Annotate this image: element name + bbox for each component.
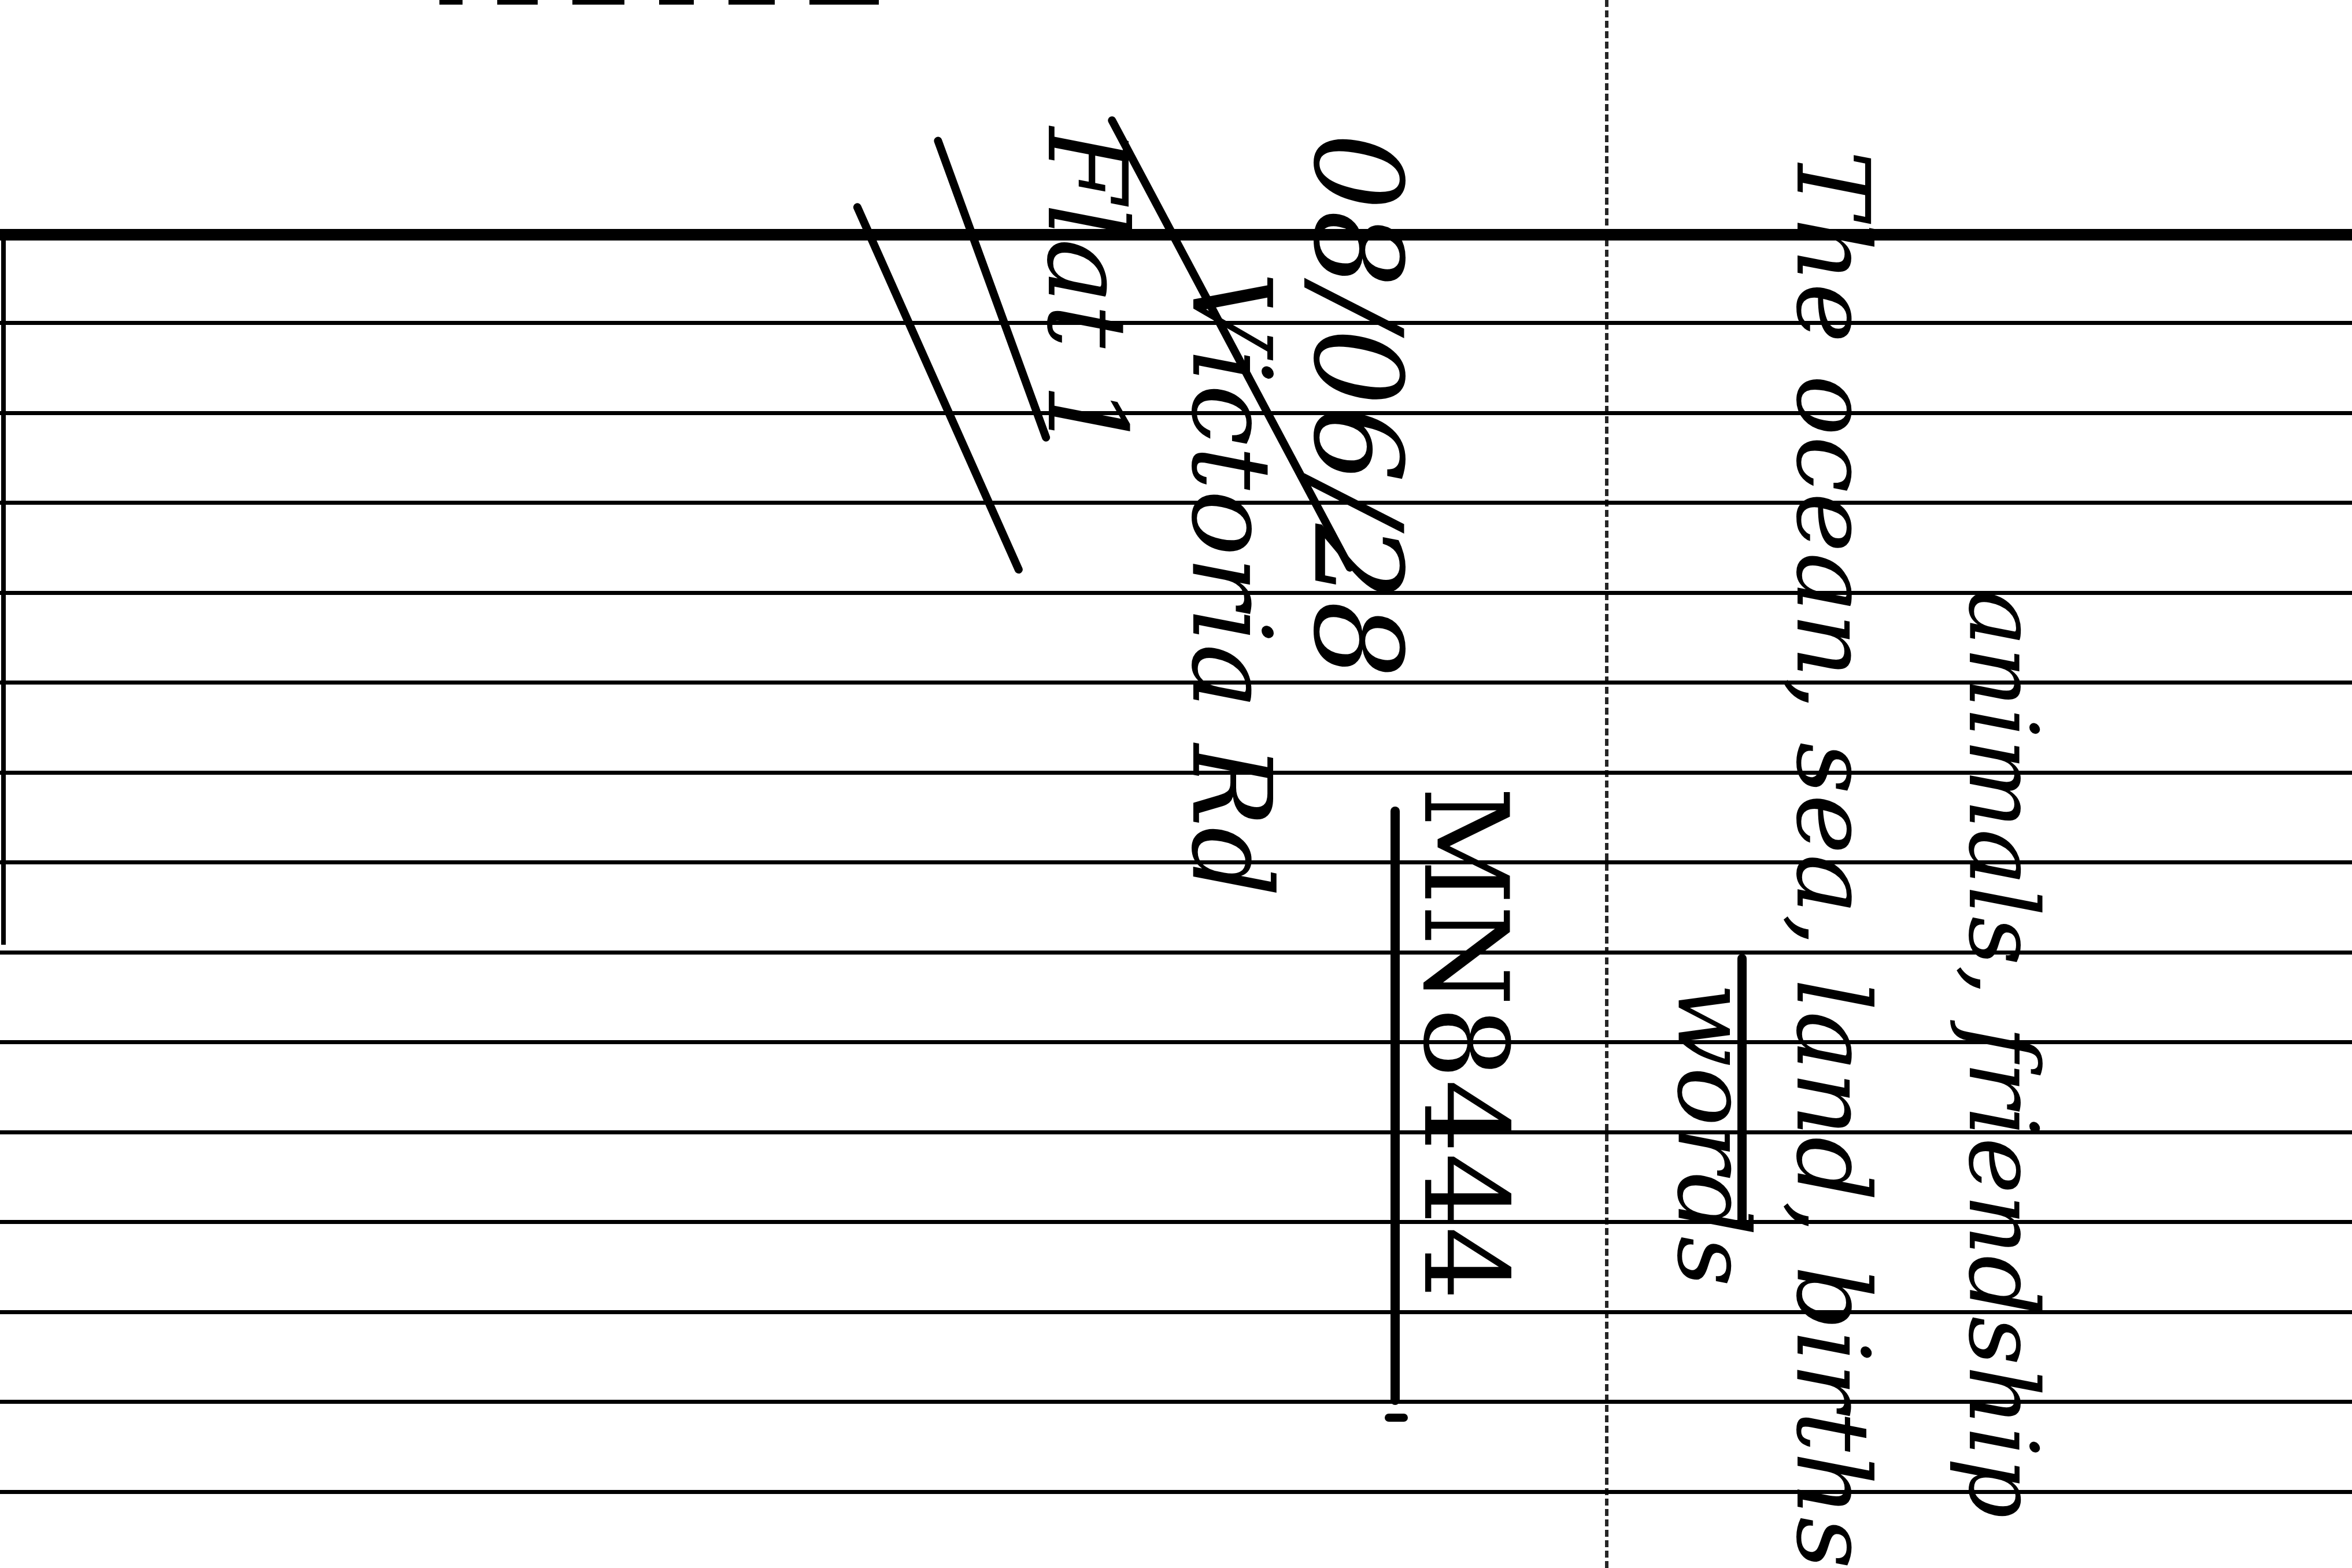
words-heading: words	[1655, 983, 1769, 1286]
words-underline	[1737, 954, 1747, 1226]
ruled-paper-page: 08/06/28 Victoria Rd Flat 1 MN8444 words…	[0, 0, 2352, 1568]
reference-underline	[1391, 807, 1400, 1405]
left-margin-line	[1, 234, 6, 945]
reference-number: MN8444	[1397, 786, 1532, 1300]
words-list-line-1: The ocean, sea, land, births	[1773, 150, 1891, 1568]
fold-dashed-line	[1605, 0, 1608, 1568]
struck-street: Victoria Rd	[1167, 272, 1295, 897]
reference-dot	[1385, 1414, 1408, 1422]
struck-date: 08/06/28	[1286, 133, 1428, 678]
words-list-line-2: animals, friendship	[1947, 590, 2058, 1518]
strike-line-2	[852, 202, 1025, 575]
cropped-top-text	[439, 0, 960, 6]
struck-flat: Flat 1	[1023, 127, 1151, 453]
